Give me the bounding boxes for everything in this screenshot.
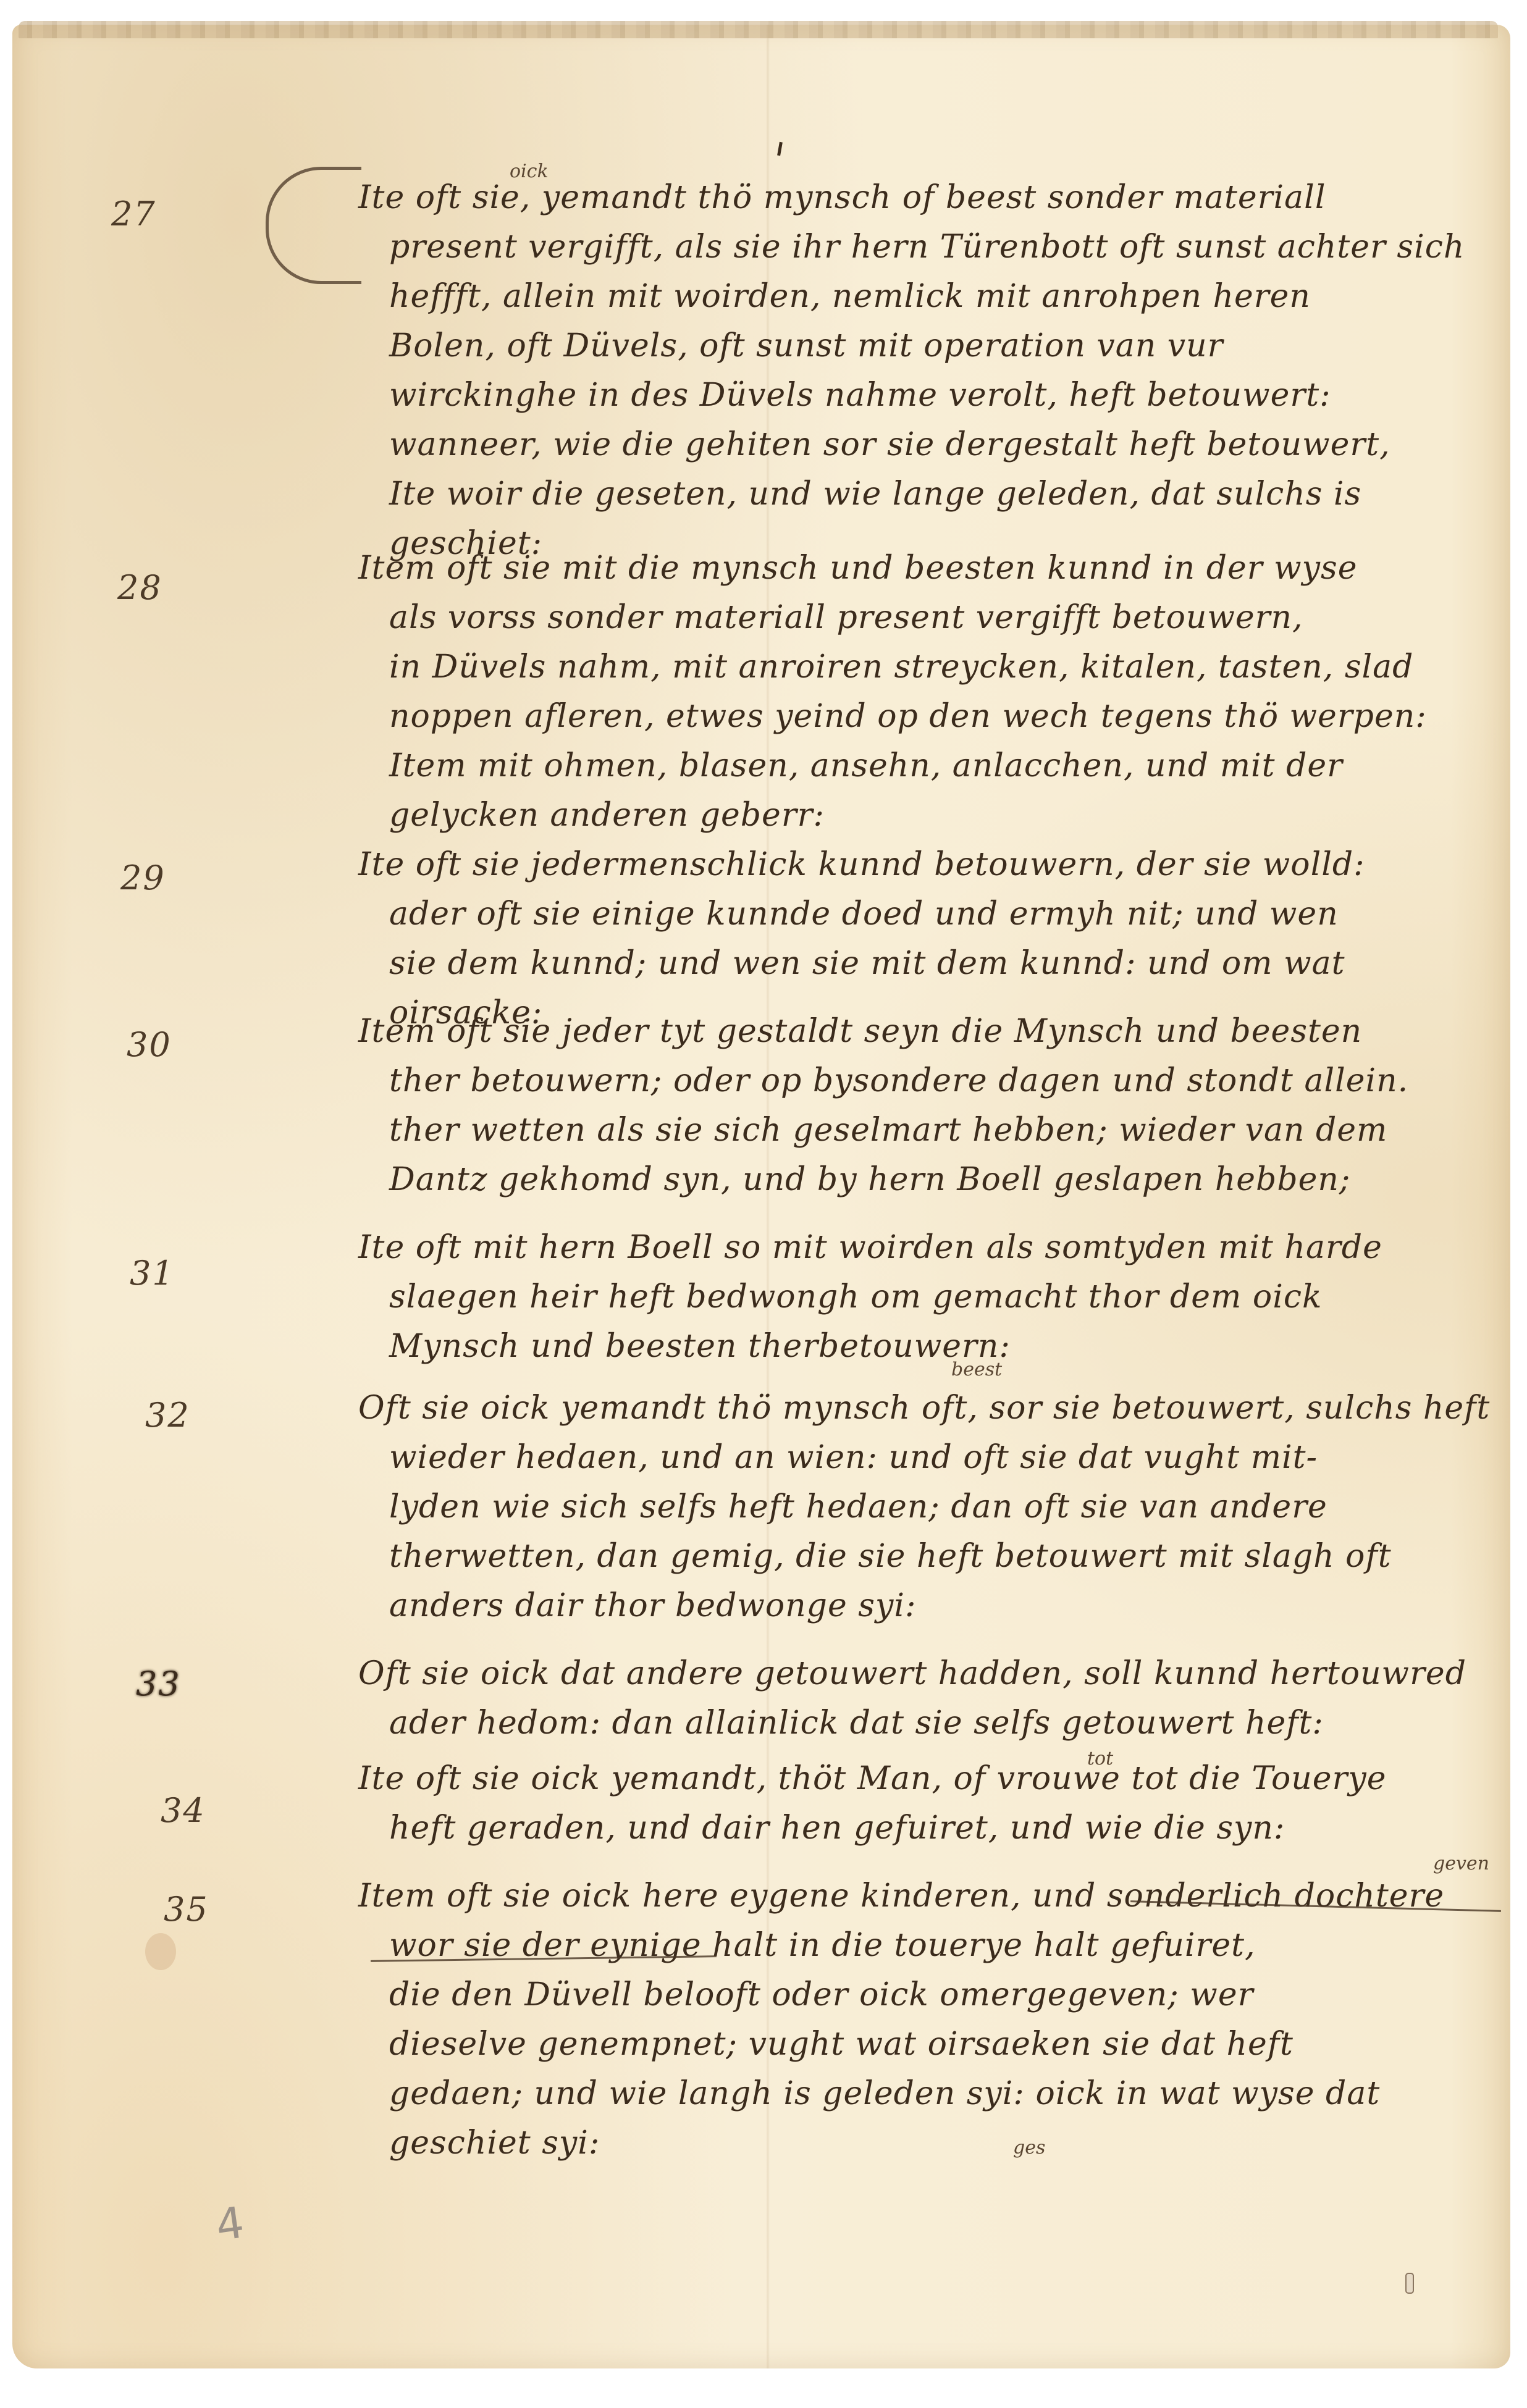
text-line: die den Düvell belooft oder oick omergeg… <box>358 1970 1513 2020</box>
article-35: geven ges Item oft sie oick here eygene … <box>358 1871 1513 2168</box>
text-line: wanneer, wie die gehiten sor sie dergest… <box>358 420 1513 469</box>
article-number: 31 <box>130 1254 175 1293</box>
article-number-struck: 33 <box>136 1664 181 1703</box>
article-34: tot Ite oft sie oick yemandt, thöt Man, … <box>358 1754 1513 1853</box>
text-line: wor sie der eynige halt in die touerye h… <box>358 1921 1513 1970</box>
text-line: Ite oft sie jedermenschlick kunnd betouw… <box>358 840 1513 889</box>
text-line: geschiet syi: <box>358 2118 1513 2168</box>
article-number: 29 <box>120 858 166 897</box>
text-line: present vergifft, als sie ihr hern Türen… <box>358 222 1513 272</box>
article-27: oick Ite oft sie, yemandt thö mynsch of … <box>358 173 1513 568</box>
text-line: sie dem kunnd; und wen sie mit dem kunnd… <box>358 939 1513 988</box>
text-line: Oft sie oick dat andere getouwert hadden… <box>358 1649 1513 1698</box>
text-line: anders dair thor bedwonge syi: <box>358 1581 1513 1630</box>
article-number: 30 <box>127 1025 172 1064</box>
article-30: Item oft sie jeder tyt gestaldt seyn die… <box>358 1007 1513 1204</box>
article-28: Item oft sie mit die mynsch und beesten … <box>358 543 1513 840</box>
interlinear-insertion: geven <box>1433 1853 1489 1874</box>
text-line: Oft sie oick yemandt thö mynsch oft, sor… <box>358 1383 1513 1433</box>
article-31: Ite oft mit hern Boell so mit woirden al… <box>358 1223 1513 1371</box>
text-line: wirckinghe in des Düvels nahme verolt, h… <box>358 371 1513 420</box>
text-line: ader oft sie einige kunnde doed und ermy… <box>358 889 1513 939</box>
article-33: Oft sie oick dat andere getouwert hadden… <box>358 1649 1513 1748</box>
text-line: gedaen; und wie langh is geleden syi: oi… <box>358 2069 1513 2118</box>
text-line: als vorss sonder materiall present vergi… <box>358 593 1513 642</box>
text-line: Item oft sie jeder tyt gestaldt seyn die… <box>358 1007 1513 1056</box>
text-line: Ite oft sie oick yemandt, thöt Man, of v… <box>358 1754 1513 1803</box>
article-number: 28 <box>117 568 162 607</box>
text-line: dieselve genempnet; vught wat oirsaeken … <box>358 2020 1513 2069</box>
text-line: noppen afleren, etwes yeind op den wech … <box>358 692 1513 741</box>
text-line: Item mit ohmen, blasen, ansehn, anlacche… <box>358 741 1513 791</box>
text-line: wieder hedaen, und an wien: und oft sie … <box>358 1433 1513 1482</box>
interlinear-insertion: beest <box>951 1359 1002 1380</box>
interlinear-insertion: tot <box>1087 1748 1113 1769</box>
text-line: lyden wie sich selfs heft hedaen; dan of… <box>358 1482 1513 1532</box>
text-line: ther betouwern; oder op bysondere dagen … <box>358 1056 1513 1105</box>
text-line: in Düvels nahm, mit anroiren streycken, … <box>358 642 1513 692</box>
text-line: heffft, allein mit woirden, nemlick mit … <box>358 272 1513 321</box>
manuscript-page: 27 oick Ite oft sie, yemandt thö mynsch … <box>12 25 1510 2368</box>
text-line: Ite oft mit hern Boell so mit woirden al… <box>358 1223 1513 1272</box>
article-number: 27 <box>111 195 156 233</box>
ink-stain <box>145 1933 176 1970</box>
article-number: 35 <box>164 1890 209 1929</box>
text-line: gelycken anderen geberr: <box>358 791 1513 840</box>
text-line: Dantz gekhomd syn, und by hern Boell ges… <box>358 1155 1513 1204</box>
article-number: 32 <box>145 1396 190 1435</box>
decorated-initial <box>266 167 361 284</box>
text-line: slaegen heir heft bedwongh om gemacht th… <box>358 1272 1513 1322</box>
article-number: 34 <box>161 1791 206 1830</box>
paper-hole <box>1405 2273 1414 2294</box>
text-line: Bolen, oft Düvels, oft sunst mit operati… <box>358 321 1513 371</box>
pencil-folio-number: 4 <box>213 2197 248 2251</box>
text-line: Ite woir die geseten, und wie lange gele… <box>358 469 1513 519</box>
text-line: ther wetten als sie sich geselmart hebbe… <box>358 1105 1513 1155</box>
text-line: heft geraden, und dair hen gefuiret, und… <box>358 1803 1513 1853</box>
text-line: Item oft sie mit die mynsch und beesten … <box>358 543 1513 593</box>
text-line: Item oft sie oick here eygene kinderen, … <box>358 1871 1513 1921</box>
ink-mark <box>777 142 783 156</box>
text-line: ader hedom: dan allainlick dat sie selfs… <box>358 1698 1513 1748</box>
article-32: beest Oft sie oick yemandt thö mynsch of… <box>358 1383 1513 1630</box>
interlinear-insertion: ges <box>1013 2137 1045 2158</box>
interlinear-insertion: oick <box>510 161 549 182</box>
text-line: therwetten, dan gemig, die sie heft beto… <box>358 1532 1513 1581</box>
text-line: Mynsch und beesten therbetouwern: <box>358 1322 1513 1371</box>
